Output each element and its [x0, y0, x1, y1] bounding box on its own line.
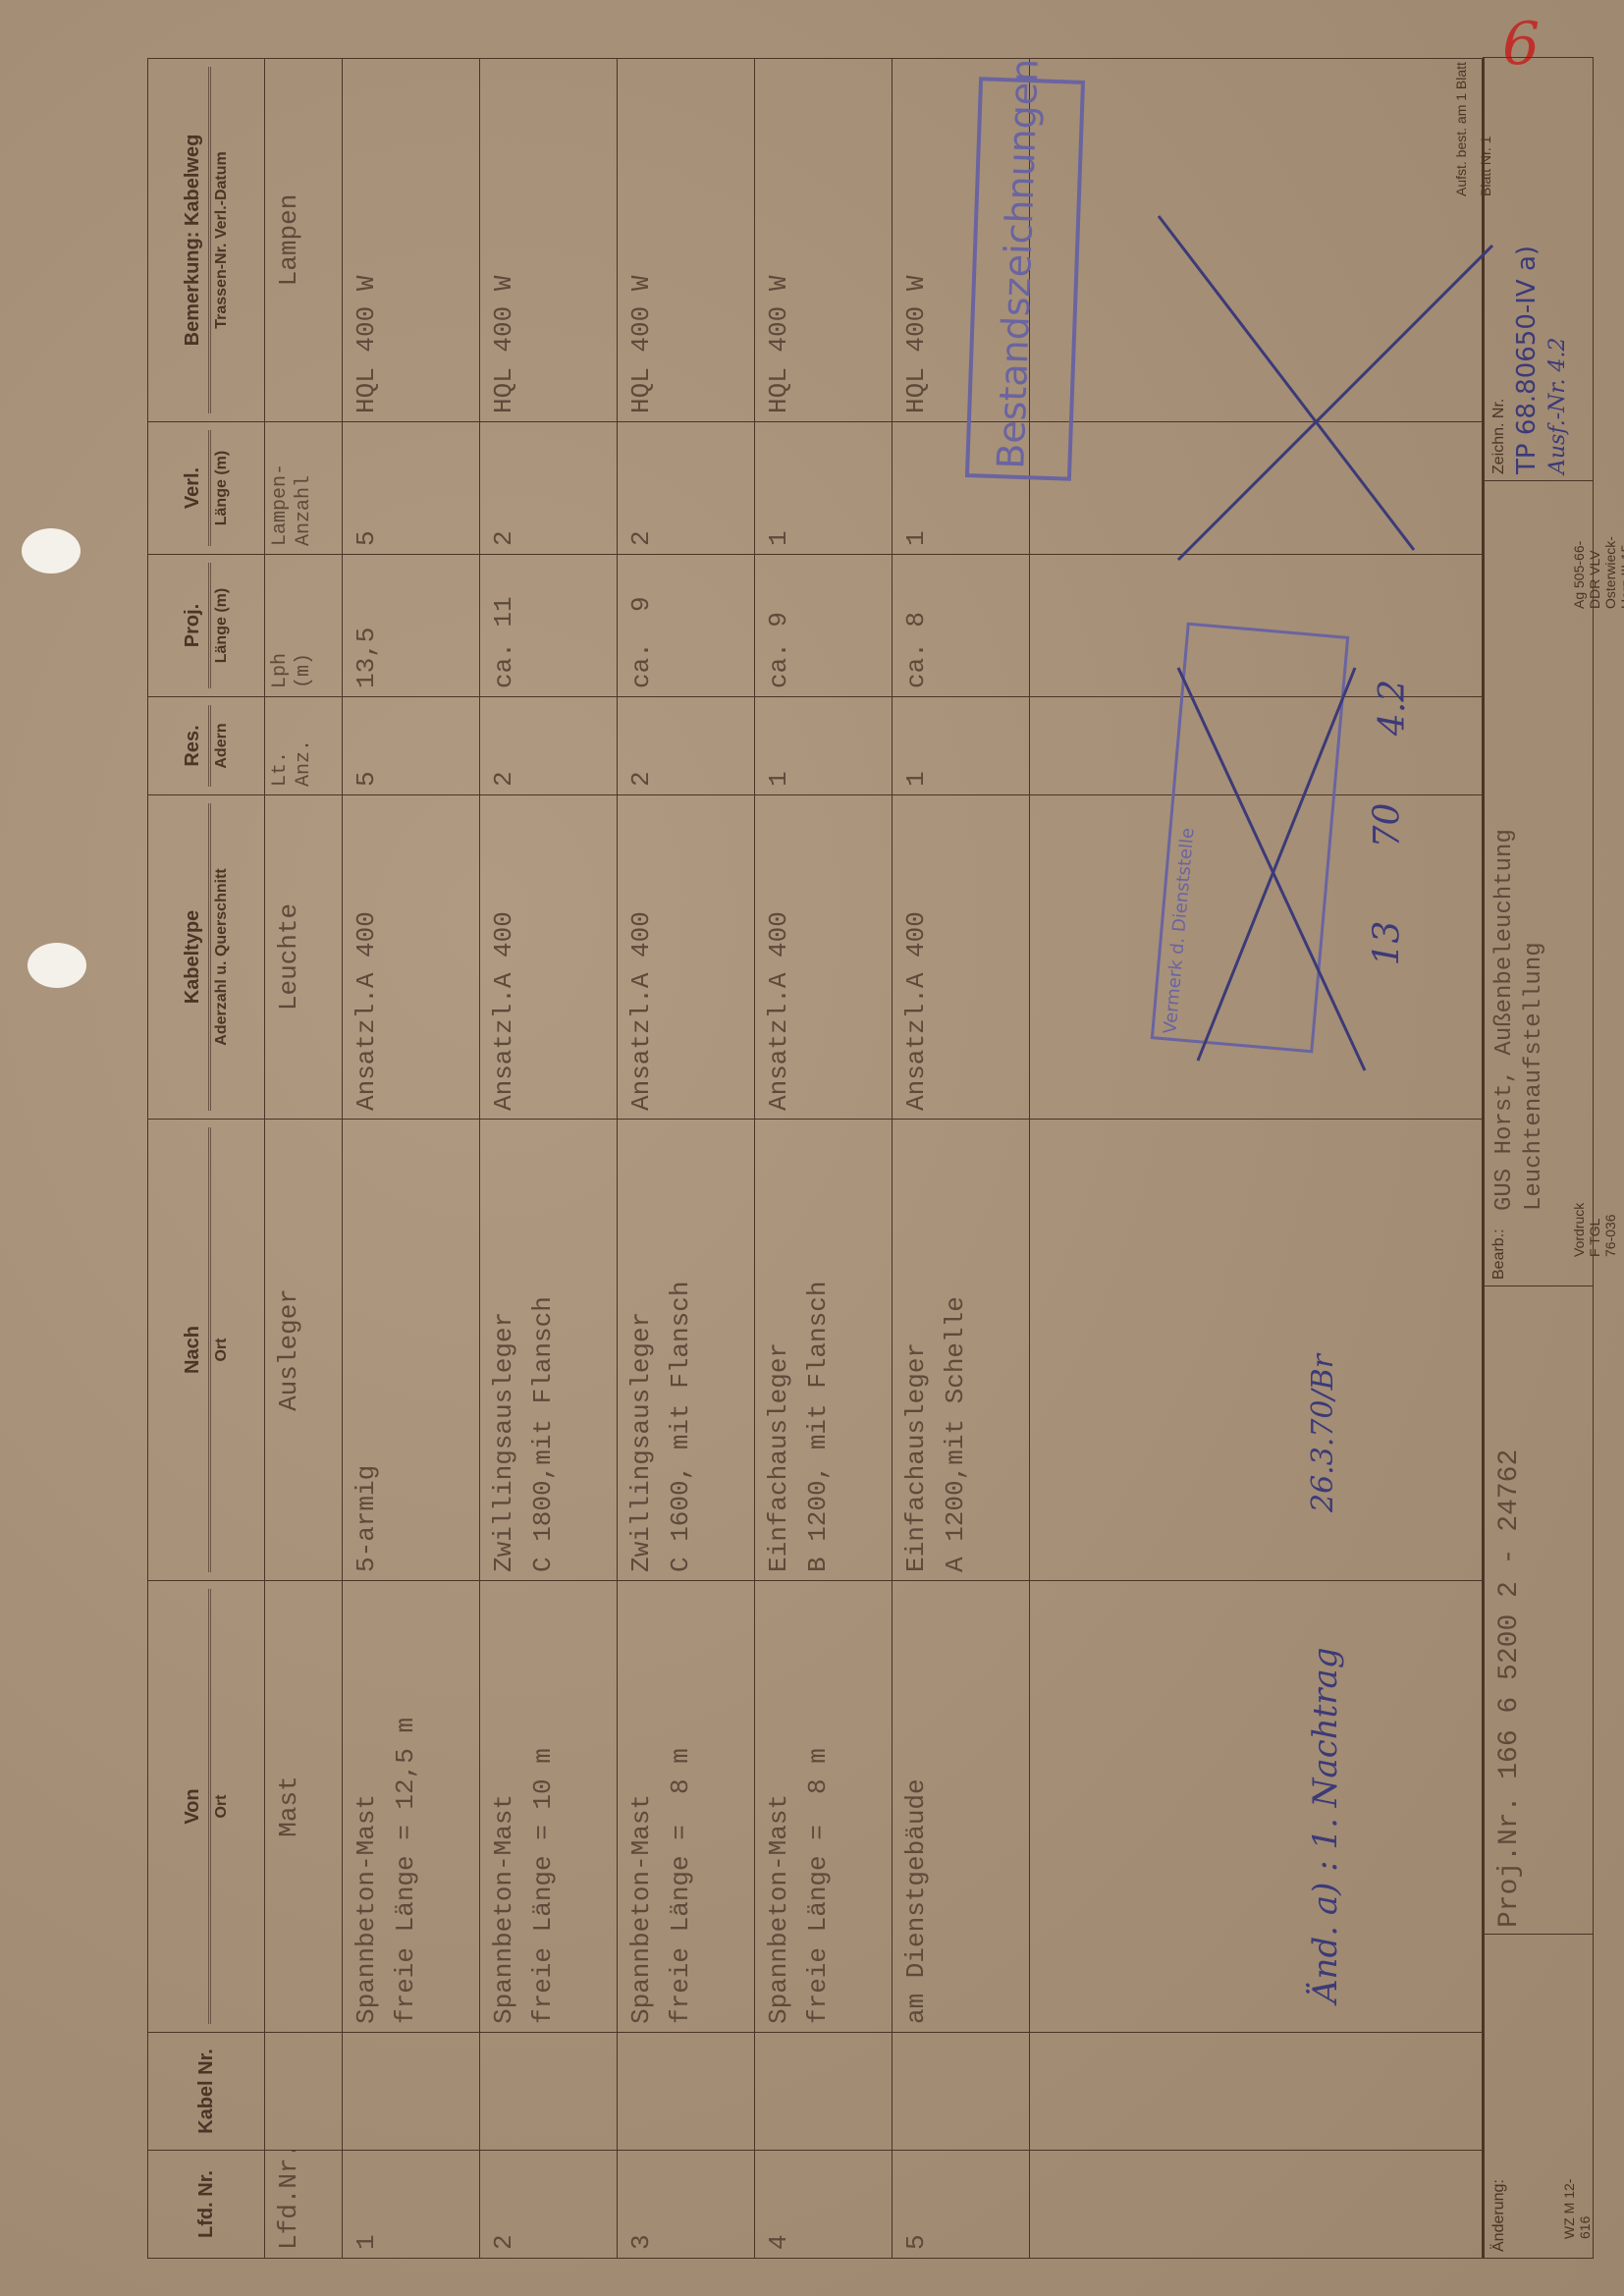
- cancel-cross-lines: [0, 0, 1624, 2296]
- form-print-left: Vordruck F TGL 76-036: [1571, 1203, 1618, 1257]
- form-corner-sheet: Blatt Nr. 1: [1478, 137, 1493, 196]
- form-id-left: WZ M 12-616: [1561, 2176, 1593, 2239]
- form-print-right: Ag 505-66-DDR VLV Osterwieck-Harz III-15…: [1571, 536, 1624, 609]
- form-corner-top: Aufst. best. am 1 Blatt: [1453, 62, 1469, 196]
